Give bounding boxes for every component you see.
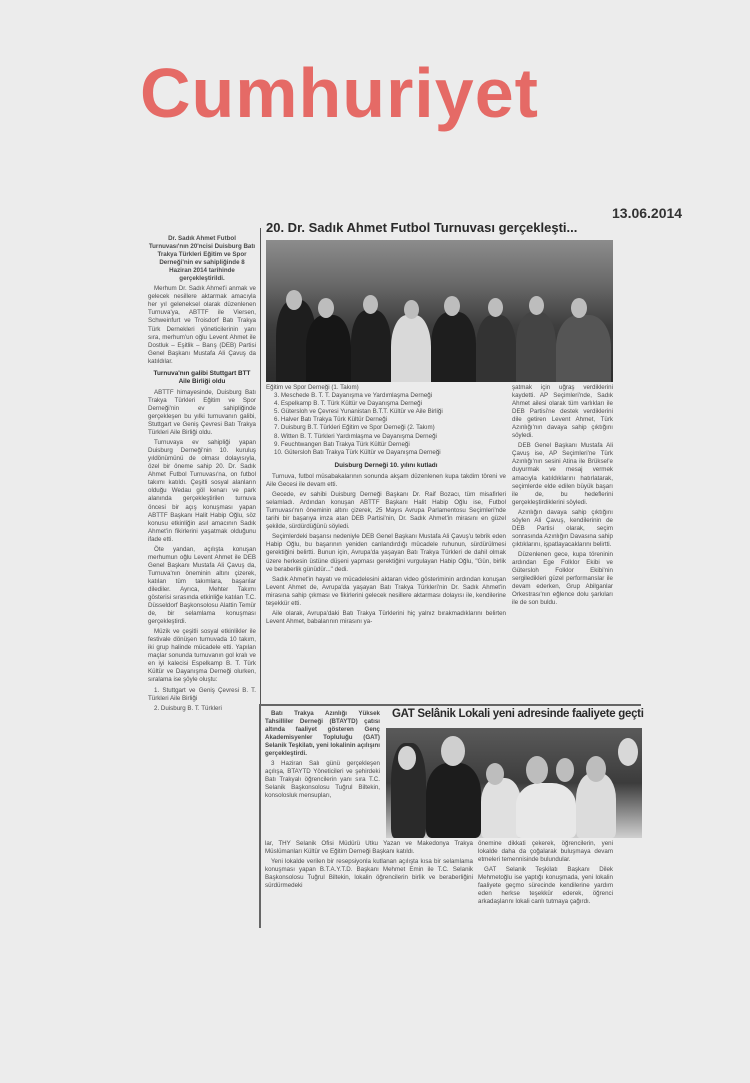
ranking-item: 8. Witten B. T. Türkleri Yardımlaşma ve … <box>266 433 506 441</box>
article1-paragraph: Müzik ve çeşitli sosyal etkinlikler ile … <box>148 628 256 684</box>
ranking-item: 5. Gütersloh ve Çevresi Yunanistan B.T.T… <box>266 408 506 416</box>
ranking-item: 7. Duisburg B.T. Türkleri Eğitim ve Spor… <box>266 424 506 432</box>
article1-middle-column: Duisburg Derneği 10. yılını kutladı Turn… <box>266 458 506 628</box>
article1-paragraph: Turnuvaya ev sahipliği yapan Duisburg De… <box>148 439 256 544</box>
ranking-item: 4. Espelkamp B. T. Türk Kültür ve Dayanı… <box>266 400 506 408</box>
article1-headline: 20. Dr. Sadık Ahmet Futbol Turnuvası ger… <box>266 220 577 235</box>
article2-paragraph: önemine dikkati çekerek, öğrencilerin, y… <box>478 840 613 864</box>
article1-subhead: Turnuva'nın galibi Stuttgart BTT Aile Bi… <box>148 370 256 386</box>
article1-paragraph: Düzenlenen gece, kupa töreninin ardından… <box>512 551 613 607</box>
article1-paragraph: Aile olarak, Avrupa'daki Batı Trakya Tür… <box>266 610 506 626</box>
article1-paragraph: Sadık Ahmet'in hayatı ve mücadelesini ak… <box>266 576 506 608</box>
article1-paragraph: ABTTF himayesinde, Duisburg Batı Trakya … <box>148 389 256 437</box>
ranking-item: 3. Meschede B. T. T. Dayanışma ve Yardım… <box>266 392 506 400</box>
article2-headline: GAT Selânik Lokali yeni adresinde faaliy… <box>392 708 644 720</box>
article1-subhead: Duisburg Derneği 10. yılını kutladı <box>266 462 506 470</box>
article1-lede: Dr. Sadık Ahmet Futbol Turnuvası'nın 20'… <box>148 235 256 283</box>
ranking-item: 2. Duisburg B. T. Türkleri <box>148 705 256 713</box>
ranking-list: Eğitim ve Spor Derneği (1. Takım) 3. Mes… <box>266 384 506 457</box>
article2-paragraph: lar, THY Selanik Ofisi Müdürü Utku Yazan… <box>265 840 473 856</box>
article2-left-column: Batı Trakya Azınlığı Yüksek Tahsilliler … <box>265 710 380 803</box>
clipping-date: 13.06.2014 <box>612 205 682 221</box>
article1-paragraph: Gecede, ev sahibi Duisburg Derneği Başka… <box>266 491 506 531</box>
article2-right-column: önemine dikkati çekerek, öğrencilerin, y… <box>478 840 613 908</box>
ranking-item: 9. Feuchtwangen Batı Trakya Türk Kültür … <box>266 441 506 449</box>
article1-paragraph: Turnuva, futbol müsabakalarının sonunda … <box>266 473 506 489</box>
article1-paragraph: DEB Genel Başkanı Mustafa Ali Çavuş ise,… <box>512 442 613 506</box>
ranking-item: 10. Gütersloh Batı Trakya Türk Kültür ve… <box>266 449 506 457</box>
article1-paragraph: Azınlığın davaya sahip çıktığını söylen … <box>512 509 613 549</box>
article2-lede: Batı Trakya Azınlığı Yüksek Tahsilliler … <box>265 710 380 758</box>
article1-paragraph: şatmak için uğraş verdiklerini kaydetti.… <box>512 384 613 440</box>
article2-paragraph: Yeni lokalde verilen bir resepsiyonla ku… <box>265 858 473 890</box>
article2-paragraph: GAT Selanik Teşkilatı Başkanı Dilek Mehm… <box>478 866 613 906</box>
newspaper-masthead: Cumhuriyet <box>140 48 620 138</box>
team-trophy-photo <box>266 240 613 382</box>
article2-paragraph: 3 Haziran Salı günü gerçekleşen açılışa,… <box>265 760 380 800</box>
article2-middle-column: lar, THY Selanik Ofisi Müdürü Utku Yazan… <box>265 840 473 892</box>
ranking-item: 1. Stuttgart ve Geniş Çevresi B. T. Türk… <box>148 687 256 703</box>
article1-paragraph: Seçimlerdeki başarısı nedeniyle DEB Gene… <box>266 533 506 573</box>
gat-opening-photo <box>386 728 642 838</box>
ranking-item: 6. Halver Batı Trakya Türk Kültür Derneğ… <box>266 416 506 424</box>
article1-paragraph: Merhum Dr. Sadık Ahmet'i anmak ve gelece… <box>148 285 256 365</box>
article1-left-column: Dr. Sadık Ahmet Futbol Turnuvası'nın 20'… <box>148 235 256 715</box>
article1-right-column: şatmak için uğraş verdiklerini kaydetti.… <box>512 384 613 609</box>
ranking-item: Eğitim ve Spor Derneği (1. Takım) <box>266 384 506 392</box>
article1-paragraph: Öte yandan, açılışta konuşan merhumun oğ… <box>148 546 256 626</box>
